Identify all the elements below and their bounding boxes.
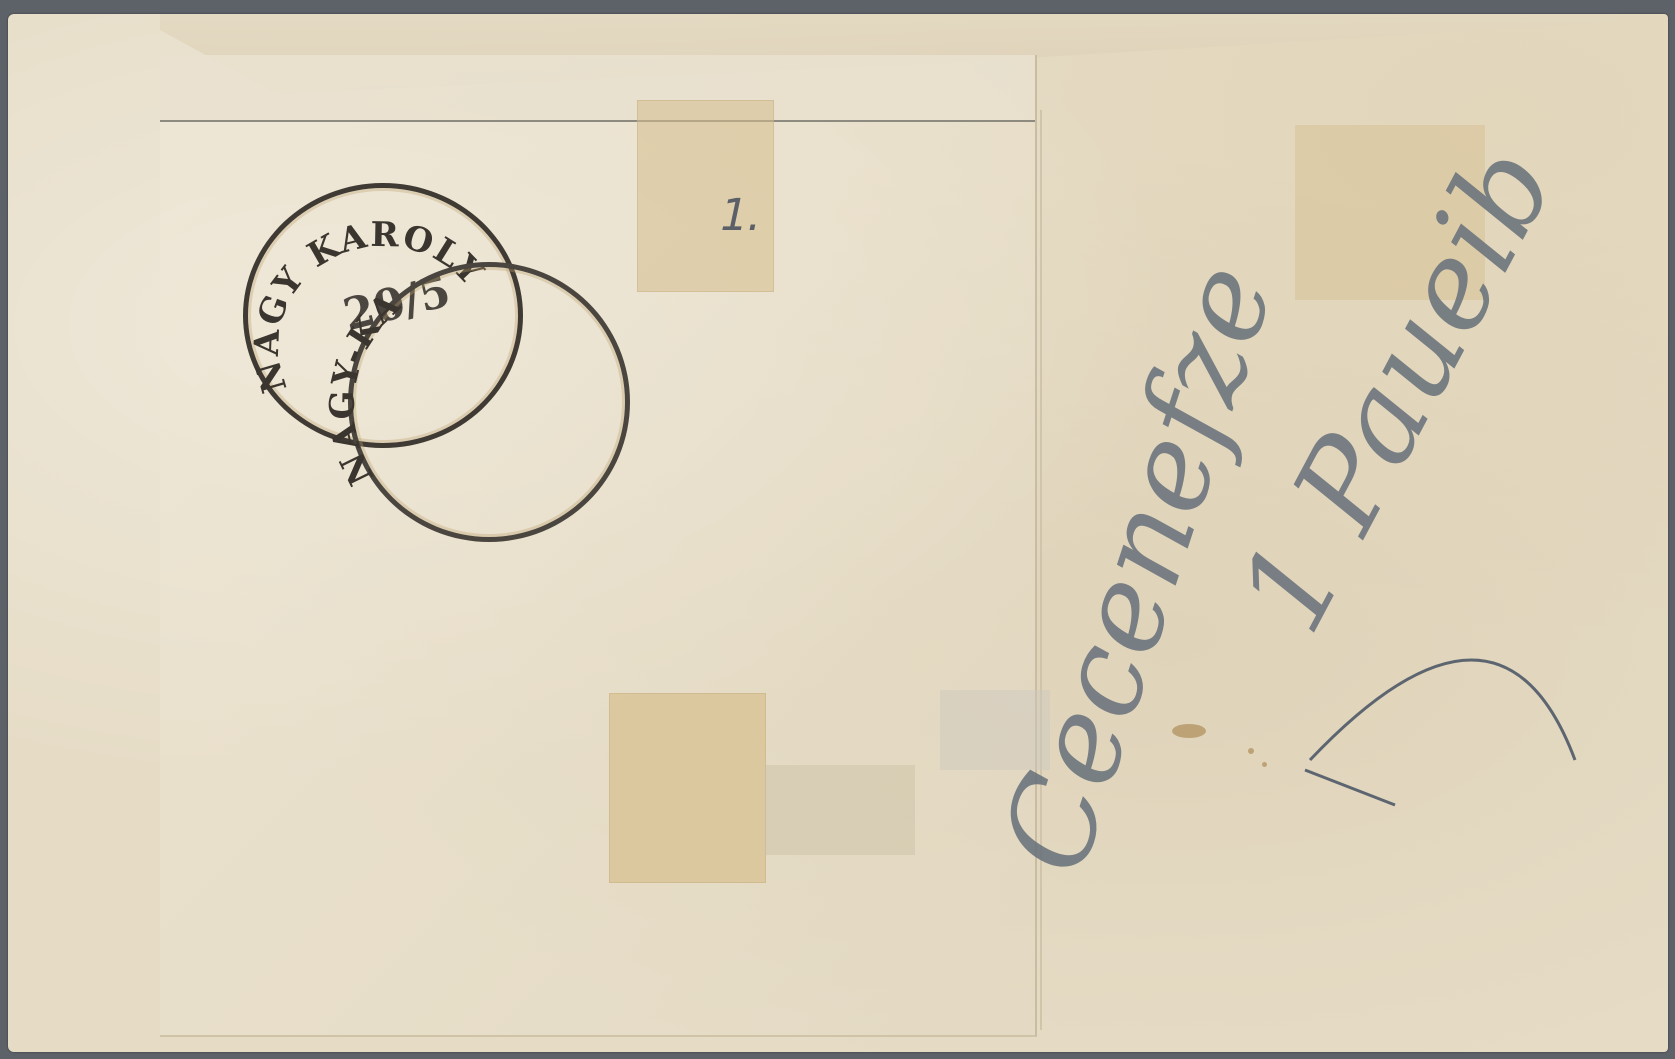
foxing-stain — [1172, 724, 1206, 738]
inner-sheet-fold — [160, 55, 1035, 122]
tape-residue — [765, 765, 915, 855]
tape-residue-mid — [940, 690, 1050, 770]
postmark-second: NAGY-KA — [348, 262, 630, 542]
foxing-dot — [1248, 748, 1254, 754]
foxing-dot — [1262, 762, 1267, 767]
tape-residue-right — [1295, 125, 1485, 300]
postmark-ring-text-inverted: NAGY-KA — [353, 267, 625, 537]
sheet-edge — [1040, 110, 1048, 1030]
hinge-tape-bottom — [609, 693, 766, 883]
envelope-photo: 1. NAGY KAROLY 20/5 NAGY-KA Cecenefze 1 … — [0, 0, 1675, 1059]
